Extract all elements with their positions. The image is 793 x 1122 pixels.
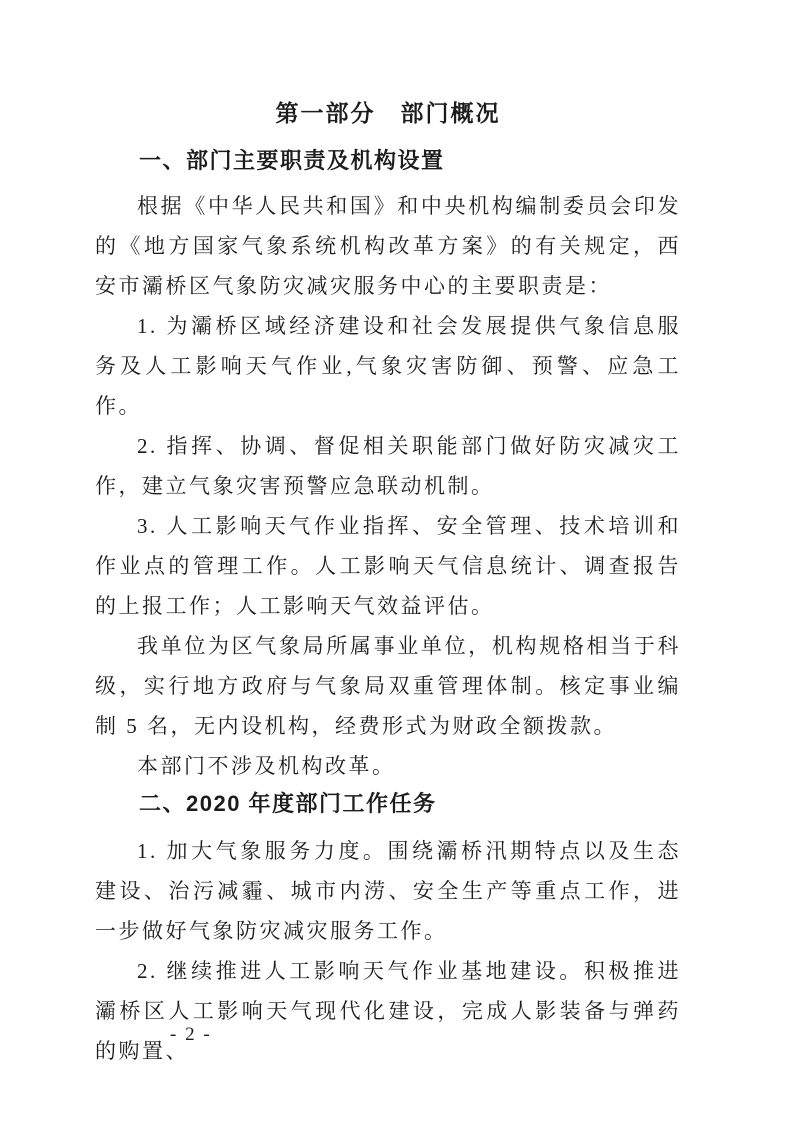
paragraph: 根据《中华人民共和国》和中央机构编制委员会印发的《地方国家气象系统机构改革方案》… [95,186,681,306]
paragraph: 2. 继续推进人工影响天气作业基地建设。积极推进灞桥区人工影响天气现代化建设，完… [95,951,681,1071]
section-heading-2: 二、2020 年度部门工作任务 [95,789,681,819]
paragraph: 本部门不涉及机构改革。 [95,746,681,786]
document-title: 第一部分 部门概况 [95,98,681,128]
section-heading-1: 一、部门主要职责及机构设置 [95,146,681,176]
paragraph: 3. 人工影响天气作业指挥、安全管理、技术培训和作业点的管理工作。人工影响天气信… [95,506,681,626]
paragraph: 我单位为区气象局所属事业单位，机构规格相当于科级，实行地方政府与气象局双重管理体… [95,626,681,746]
page-number: - 2 - [170,1024,212,1046]
paragraph: 1. 为灞桥区域经济建设和社会发展提供气象信息服务及人工影响天气作业,气象灾害防… [95,306,681,426]
paragraph: 1. 加大气象服务力度。围绕灞桥汛期特点以及生态建设、治污减霾、城市内涝、安全生… [95,831,681,951]
paragraph: 2. 指挥、协调、督促相关职能部门做好防灾减灾工作，建立气象灾害预警应急联动机制… [95,426,681,506]
document-page: 第一部分 部门概况 一、部门主要职责及机构设置 根据《中华人民共和国》和中央机构… [0,0,793,1122]
